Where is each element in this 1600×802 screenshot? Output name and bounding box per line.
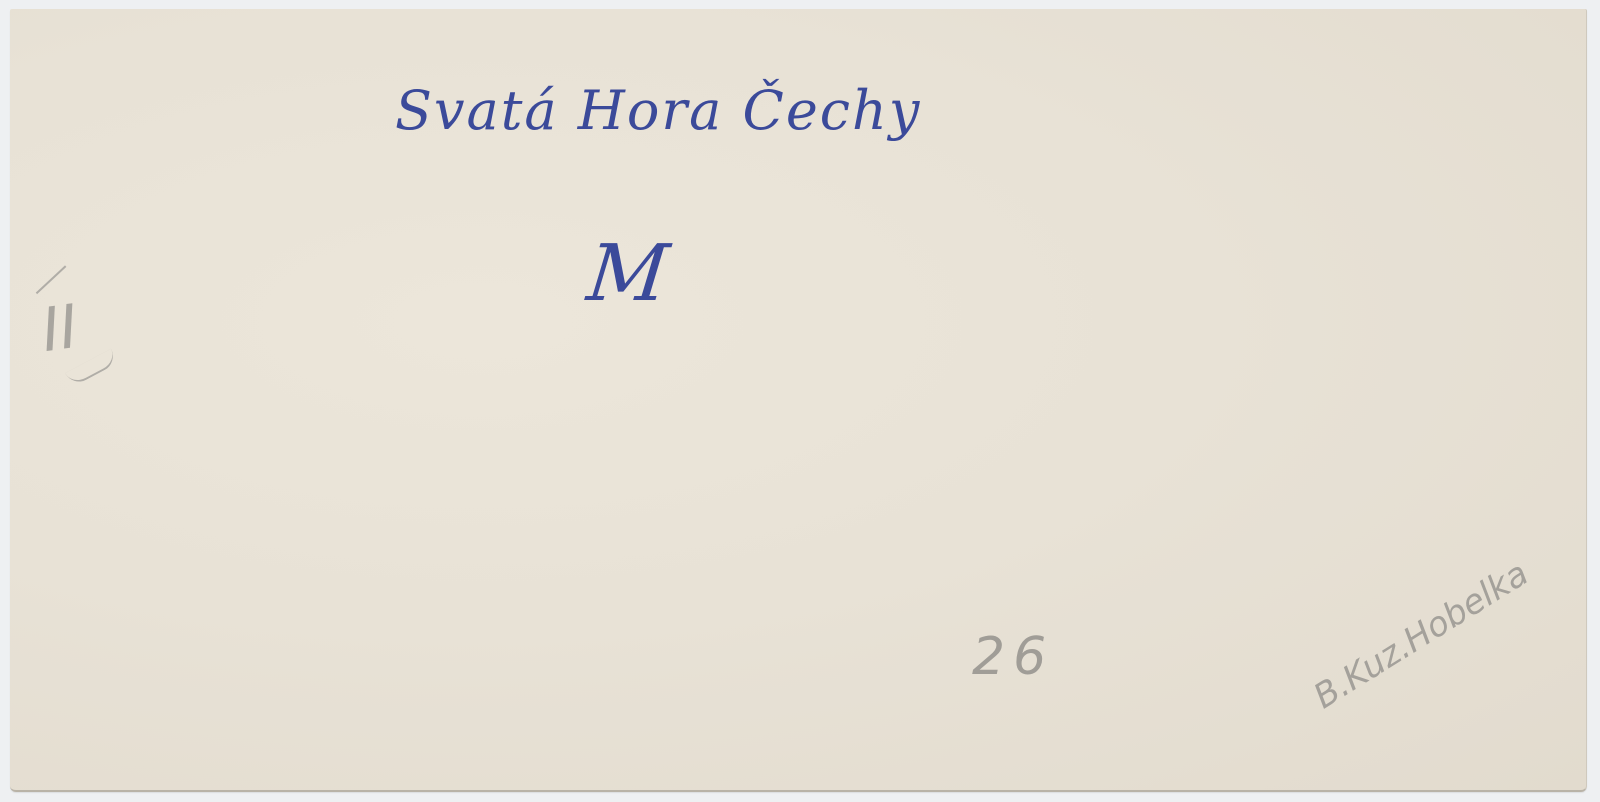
handwritten-title: Svatá Hora Čechy <box>395 79 921 142</box>
pencil-roman-numeral: II <box>37 292 82 366</box>
pencil-number: 26 <box>972 627 1054 687</box>
pencil-signature: B.Kuz.Hobelka <box>1307 553 1536 717</box>
handwritten-monogram: M <box>583 229 672 319</box>
photo-card-back: Svatá Hora Čechy M II 26 B.Kuz.Hobelka <box>10 9 1587 792</box>
